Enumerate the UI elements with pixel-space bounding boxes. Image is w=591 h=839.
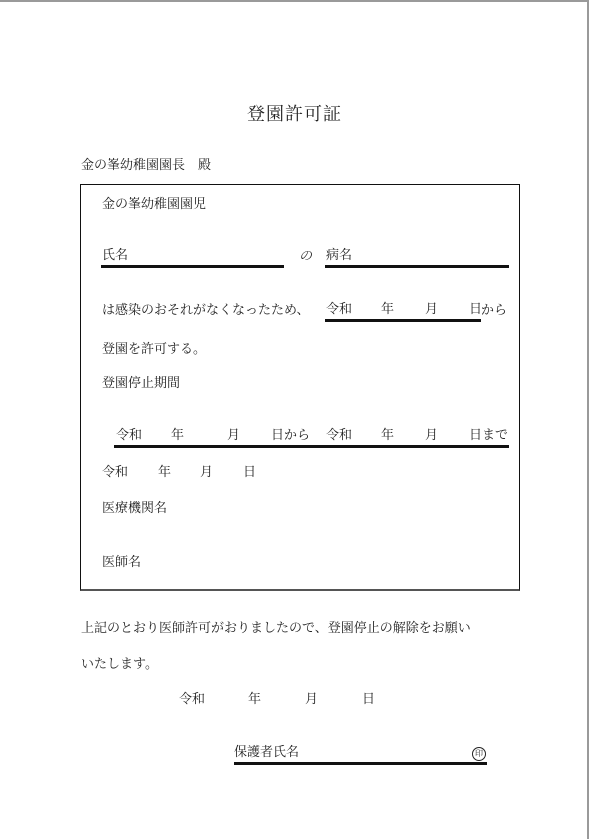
document-title: 登園許可証 [0,100,589,126]
period-to-era: 令和 [326,428,352,444]
period-from-day: 日から [271,428,310,444]
request-text-line-2: いたします。 [81,657,158,673]
issue-date-era: 令和 [102,465,128,481]
suspension-period-label: 登園停止期間 [102,376,180,392]
period-from-year: 年 [171,428,184,444]
disease-name-field[interactable]: 病名 [325,248,509,268]
name-label: 氏名 [102,248,128,264]
school-child-label: 金の峯幼稚園園児 [102,197,206,213]
certificate-box: 金の峯幼稚園園児 氏名 の 病名 は感染のおそれがなくなったため、 令和 年 月… [80,184,520,591]
recovery-date-field[interactable]: 令和 年 月 日 [325,302,481,322]
medical-institution-label: 医療機関名 [102,501,167,517]
document-page: 登園許可証 金の峯幼稚園園長 殿 金の峯幼稚園園児 氏名 の 病名 は感染のおそ… [0,0,589,839]
child-name-field[interactable]: 氏名 [101,248,284,268]
request-date-era: 令和 [179,692,205,708]
issue-date-month: 月 [200,465,213,481]
period-to-year: 年 [381,428,394,444]
disease-label: 病名 [326,248,352,264]
request-date-day: 日 [362,692,375,708]
seal-icon: 印 [472,747,486,761]
guardian-name-field[interactable]: 保護者氏名 印 [234,745,487,765]
doctor-name-label: 医師名 [102,555,141,571]
period-to-day: 日まで [469,428,508,444]
guardian-name-label: 保護者氏名 [234,745,299,761]
period-from-era: 令和 [116,428,142,444]
recovery-month: 月 [425,302,438,318]
request-date-month: 月 [305,692,318,708]
issue-date-year: 年 [158,465,171,481]
suspension-period-field[interactable]: 令和 年 月 日から 令和 年 月 日まで [114,428,509,448]
request-date-year: 年 [248,692,261,708]
period-to-month: 月 [425,428,438,444]
recovery-year: 年 [381,302,394,318]
request-text-line-1: 上記のとおり医師許可がおりましたので、登園停止の解除をお願い [81,621,471,637]
statement-prefix: は感染のおそれがなくなったため、 [102,303,309,319]
no-particle: の [299,249,312,265]
period-from-month: 月 [227,428,240,444]
recovery-era: 令和 [326,302,352,318]
permission-text: 登園を許可する。 [102,342,206,358]
issue-date-day: 日 [243,465,256,481]
statement-suffix: から [481,303,507,319]
addressee: 金の峯幼稚園園長 殿 [81,158,211,174]
